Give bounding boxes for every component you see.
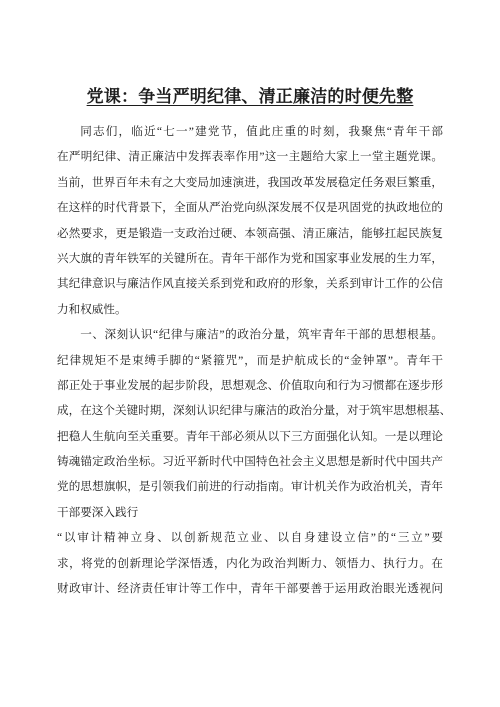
document-body: 同志们，临近“七一”建党节，值此庄重的时刻，我聚焦“青年干部在严明纪律、清正廉洁… [57,119,443,601]
text-line: 必然要求，更是锻造一支政治过硬、本领高强、清正廉洁，能够扛起民族复 [57,221,443,246]
text-line: 成，在这个关键时期，深刻认识纪律与廉洁的政治分量，对于筑牢思想根基、 [57,398,443,423]
text-line: “以审计精神立身、以创新规范立业、以自身建设立信”的“三立”要 [57,525,443,550]
paragraph: 同志们，临近“七一”建党节，值此庄重的时刻，我聚焦“青年干部在严明纪律、清正廉洁… [57,119,443,322]
text-line: 在严明纪律、清正廉洁中发挥表率作用”这一主题给大家上一堂主题党课。 [57,144,443,169]
document-title-text: 党课：争当严明纪律、清正廉洁的时便先整 [87,87,414,106]
text-line: 财政审计、经济责任审计等工作中，青年干部要善于运用政治眼光透视问 [57,576,443,601]
text-line: 一、深刻认识“纪律与廉洁”的政治分量，筑牢青年干部的思想根基。 [57,322,443,347]
text-line: 其纪律意识与廉洁作风直接关系到党和政府的形象，关系到审计工作的公信 [57,271,443,296]
text-line: 干部要深入践行 [57,500,443,525]
text-line: 铸魂锚定政治坐标。习近平新时代中国特色社会主义思想是新时代中国共产 [57,449,443,474]
text-line: 力和权威性。 [57,297,443,322]
paragraph: 一、深刻认识“纪律与廉洁”的政治分量，筑牢青年干部的思想根基。纪律规矩不是束缚手… [57,322,443,525]
text-line: 纪律规矩不是束缚手脚的“紧箍咒”，而是护航成长的“金钟罩”。青年干 [57,348,443,373]
text-line: 求，将党的创新理论学深悟透，内化为政治判断力、领悟力、执行力。在 [57,551,443,576]
text-line: 部正处于事业发展的起步阶段，思想观念、价值取向和行为习惯都在逐步形 [57,373,443,398]
text-line: 当前，世界百年未有之大变局加速演进，我国改革发展稳定任务艰巨繁重， [57,170,443,195]
text-line: 党的思想旗帜，是引领我们前进的行动指南。审计机关作为政治机关，青年 [57,474,443,499]
text-line: 同志们，临近“七一”建党节，值此庄重的时刻，我聚焦“青年干部 [57,119,443,144]
document-title: 党课：争当严明纪律、清正廉洁的时便先整 [57,86,443,107]
document-page: 党课：争当严明纪律、清正廉洁的时便先整 同志们，临近“七一”建党节，值此庄重的时… [0,0,500,707]
text-line: 在这样的时代背景下，全面从严治党向纵深发展不仅是巩固党的执政地位的 [57,195,443,220]
text-line: 把稳人生航向至关重要。青年干部必须从以下三方面强化认知。一是以理论 [57,424,443,449]
text-line: 兴大旗的青年铁军的关键所在。青年干部作为党和国家事业发展的生力军， [57,246,443,271]
paragraph: “以审计精神立身、以创新规范立业、以自身建设立信”的“三立”要求，将党的创新理论… [57,525,443,601]
